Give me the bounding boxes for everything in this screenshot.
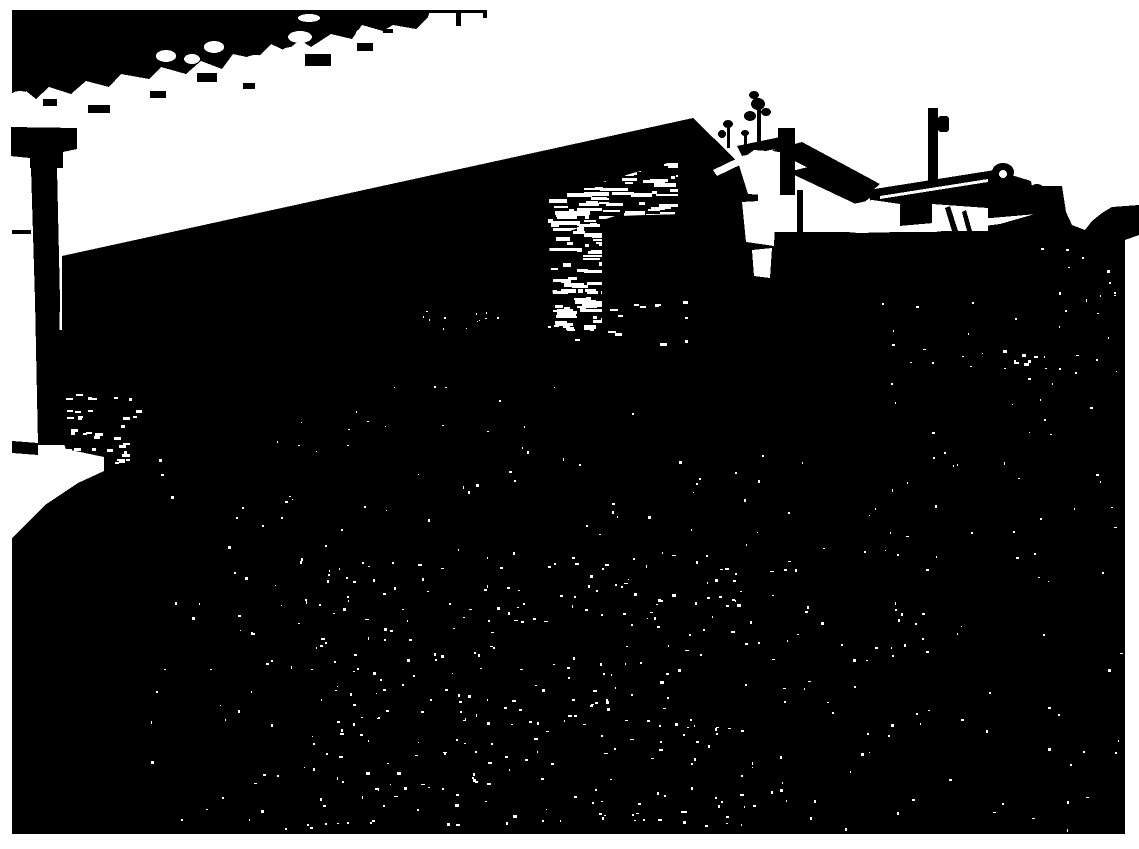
speck (1059, 292, 1061, 295)
speck (614, 748, 616, 750)
speck (687, 727, 689, 728)
speck (780, 756, 782, 759)
speck (660, 343, 667, 346)
speck (841, 644, 843, 646)
speck (1014, 360, 1016, 362)
speck (993, 812, 996, 813)
speck (1018, 478, 1020, 479)
speck (171, 496, 174, 499)
speck (383, 805, 385, 807)
speck (770, 571, 774, 572)
speck (784, 701, 786, 703)
speck (678, 669, 681, 672)
speck (582, 304, 602, 307)
speck (708, 745, 710, 748)
speck (658, 304, 661, 306)
speck (961, 719, 964, 721)
speck (588, 192, 609, 196)
speck (343, 608, 346, 611)
speck (445, 387, 447, 388)
speck (1068, 267, 1070, 268)
speck (119, 445, 126, 448)
speck (684, 811, 687, 813)
speck (752, 762, 753, 765)
speck (366, 772, 370, 775)
speck (1114, 295, 1116, 296)
speck (553, 664, 555, 665)
speck (372, 820, 375, 822)
speck (579, 203, 599, 206)
speck (298, 623, 300, 624)
speck (636, 813, 639, 814)
speck (133, 416, 137, 418)
speck (443, 328, 444, 330)
speck (1002, 803, 1004, 805)
speck (289, 496, 291, 497)
speck (647, 720, 650, 722)
speck (593, 690, 597, 692)
speck (384, 628, 387, 631)
speck (1013, 531, 1015, 533)
speck (342, 781, 344, 783)
speck (1014, 362, 1019, 364)
speck (737, 604, 741, 607)
speck (745, 684, 747, 686)
speck (65, 459, 70, 462)
speck (668, 645, 669, 647)
speck (1034, 553, 1036, 555)
speck (512, 700, 516, 702)
speck (882, 303, 884, 305)
speck (587, 291, 598, 294)
speck (493, 647, 495, 649)
speck (623, 613, 626, 615)
speck (772, 659, 775, 660)
speck (353, 671, 355, 672)
speck (434, 653, 436, 656)
speck (360, 734, 363, 736)
speck (567, 667, 570, 669)
speck (554, 325, 559, 327)
speck (164, 669, 166, 670)
speck (625, 720, 628, 721)
speck (1024, 363, 1029, 366)
speck (590, 705, 593, 707)
speck (75, 459, 82, 461)
speck (574, 596, 576, 598)
speck (1058, 714, 1060, 716)
speck (373, 672, 376, 675)
speck (891, 724, 894, 727)
speck (129, 398, 132, 401)
speck (926, 651, 929, 653)
photo-figure (0, 0, 1139, 849)
speck (654, 617, 656, 620)
speck (370, 822, 372, 824)
speck (716, 727, 719, 728)
speck (385, 426, 386, 427)
speck (298, 445, 300, 446)
speck (387, 763, 389, 764)
speck (560, 595, 563, 597)
speck (479, 320, 480, 321)
speck (522, 447, 523, 449)
speck (353, 723, 355, 726)
speck (901, 613, 903, 616)
speck (245, 577, 248, 580)
speck (124, 451, 127, 454)
speck (222, 797, 224, 799)
speck (957, 464, 958, 466)
speck (1074, 508, 1075, 510)
speck (281, 605, 282, 606)
speck (933, 457, 935, 459)
speck (685, 340, 688, 343)
speck (347, 822, 349, 824)
speck (485, 801, 487, 802)
speck (497, 607, 500, 610)
speck (555, 305, 563, 308)
speck (572, 557, 575, 559)
speck (527, 451, 529, 454)
speck (548, 566, 551, 568)
speck (568, 677, 570, 679)
speck (745, 643, 748, 645)
speck (402, 609, 404, 610)
speck (1097, 313, 1099, 314)
speck (507, 587, 510, 589)
speck (660, 741, 662, 743)
speck (716, 733, 718, 735)
speck (107, 449, 113, 452)
speck (305, 599, 307, 601)
speck (596, 310, 602, 312)
speck (567, 329, 575, 331)
speck (648, 516, 651, 519)
speck (354, 654, 357, 656)
speck (596, 590, 598, 592)
speck (514, 480, 516, 482)
speck (1044, 419, 1046, 421)
speck (234, 572, 236, 574)
speck (869, 752, 870, 753)
speck (572, 285, 581, 287)
speck (560, 820, 561, 822)
speck (468, 491, 470, 494)
speck (691, 763, 693, 765)
speck (480, 668, 482, 669)
speck (562, 313, 572, 316)
speck (402, 684, 404, 686)
speck (468, 695, 471, 698)
speck (447, 823, 450, 826)
speck (1082, 257, 1084, 259)
speck (251, 691, 252, 693)
speck (546, 731, 549, 732)
speck (362, 796, 363, 799)
speck (380, 679, 382, 681)
speck (423, 316, 424, 318)
speck (897, 812, 899, 815)
speck (740, 591, 742, 592)
speck (542, 689, 545, 692)
speck (266, 663, 269, 665)
speck (339, 568, 340, 570)
speck (95, 433, 103, 436)
speck (895, 402, 896, 404)
speck (741, 730, 744, 732)
speck (957, 633, 958, 635)
speck (65, 449, 72, 452)
speck (549, 199, 567, 203)
speck (651, 758, 654, 759)
speck (441, 568, 444, 569)
speck (590, 329, 594, 331)
speck (634, 593, 637, 596)
speck (892, 489, 893, 492)
speck (464, 743, 466, 744)
speck (348, 600, 349, 602)
speck (666, 673, 669, 675)
binarized-photo-canvas (0, 0, 1139, 849)
speck (323, 805, 326, 807)
speck (285, 828, 287, 830)
speck (606, 699, 608, 702)
speck (553, 310, 558, 312)
speck (499, 400, 501, 402)
speck (435, 659, 437, 661)
speck (199, 603, 200, 605)
speck (449, 603, 451, 605)
speck (321, 699, 322, 701)
speck (541, 778, 544, 780)
speck (650, 612, 653, 613)
speck (320, 798, 322, 801)
speck (907, 482, 908, 484)
speck (334, 661, 336, 663)
speck (638, 803, 641, 805)
speck (961, 626, 962, 627)
speck (487, 557, 488, 559)
speck (553, 221, 559, 225)
muffler-ring-hole (999, 170, 1007, 178)
speck (249, 819, 250, 821)
speck (1029, 432, 1030, 433)
speck (786, 800, 787, 802)
speck (524, 426, 525, 428)
speck (672, 594, 676, 597)
speck (415, 755, 418, 756)
speck (383, 689, 386, 691)
speck (271, 660, 273, 662)
speck (485, 318, 487, 319)
speck (1114, 527, 1117, 528)
speck (696, 561, 698, 564)
speck (560, 248, 579, 251)
speck (780, 789, 783, 792)
speck (660, 681, 664, 684)
speck (1066, 249, 1069, 251)
speck (916, 306, 919, 308)
speck (463, 486, 464, 489)
speck (418, 474, 419, 475)
speck (628, 579, 629, 580)
speck (292, 499, 293, 500)
speck (1034, 356, 1038, 358)
speck (542, 820, 544, 822)
speck (394, 587, 396, 590)
speck (615, 333, 622, 336)
speck (593, 316, 597, 319)
speck (1116, 371, 1117, 372)
speck (443, 752, 447, 753)
speck (1108, 669, 1111, 672)
speck (277, 441, 278, 443)
speck (240, 630, 241, 631)
speck (719, 596, 722, 598)
speck (304, 767, 305, 768)
speck (114, 437, 121, 440)
speck (376, 693, 377, 694)
speck (475, 781, 478, 783)
speck (740, 794, 744, 796)
speck (487, 585, 488, 588)
speck (1108, 337, 1109, 339)
speck (926, 569, 929, 571)
speck (475, 751, 477, 753)
speck (75, 411, 81, 413)
speck (823, 548, 825, 549)
speck (469, 609, 472, 610)
speck (631, 694, 633, 696)
speck (579, 464, 581, 466)
speck (313, 743, 315, 745)
speck (1016, 557, 1019, 559)
speck (861, 753, 864, 756)
speck (735, 573, 737, 575)
speck (553, 279, 571, 282)
speck (782, 782, 783, 784)
speck (679, 461, 682, 464)
speck (123, 443, 130, 445)
speck (568, 715, 572, 717)
speck (1076, 355, 1079, 356)
speck (949, 779, 952, 781)
speck (337, 721, 340, 723)
speck (866, 660, 868, 661)
speck (156, 691, 158, 693)
speck (895, 602, 896, 605)
speck (572, 699, 575, 701)
speck (463, 720, 466, 721)
speck (348, 429, 350, 430)
speck (340, 733, 344, 735)
speck (656, 604, 658, 605)
speck (458, 549, 459, 551)
speck (428, 519, 430, 522)
speck (1040, 518, 1042, 520)
speck (672, 555, 676, 556)
speck (394, 387, 395, 388)
speck (706, 555, 708, 557)
speck (932, 362, 934, 364)
speck (732, 599, 735, 601)
speck (487, 783, 491, 785)
speck (441, 655, 444, 658)
speck (694, 758, 696, 761)
speck (721, 801, 723, 803)
speck (696, 483, 698, 485)
speck (664, 795, 666, 797)
speck (725, 568, 729, 570)
speck (92, 448, 96, 451)
speck (559, 221, 580, 225)
speck (329, 570, 330, 572)
speck (599, 534, 601, 535)
speck (685, 650, 689, 651)
speck (444, 317, 446, 319)
speck (263, 774, 266, 776)
speck (368, 637, 369, 640)
speck (548, 248, 562, 251)
speck (586, 525, 588, 527)
speck (683, 734, 685, 736)
speck (472, 777, 474, 779)
speck (657, 792, 659, 795)
speck (347, 445, 349, 446)
speck (625, 211, 645, 213)
speck (733, 580, 736, 582)
speck (554, 387, 555, 388)
post-foot (12, 441, 38, 455)
speck (671, 176, 675, 179)
speck (357, 668, 359, 670)
speck (827, 702, 829, 703)
speck (1102, 572, 1104, 574)
speck (421, 711, 424, 713)
speck (700, 654, 702, 656)
speck (1120, 653, 1123, 654)
speck (477, 321, 478, 322)
speck (136, 410, 142, 413)
speck (1109, 282, 1111, 284)
speck (364, 506, 366, 508)
speck (646, 565, 647, 568)
speck (1050, 434, 1052, 435)
speck (715, 797, 717, 799)
speck (291, 666, 292, 669)
speck (390, 630, 393, 632)
speck (691, 529, 692, 531)
speck (802, 462, 803, 464)
speck (575, 563, 579, 565)
speck (771, 791, 773, 794)
speck (487, 722, 490, 725)
speck (707, 597, 710, 599)
speck (225, 719, 226, 721)
speck (506, 822, 508, 825)
rail-line (12, 230, 31, 234)
speck (442, 425, 444, 426)
speck (488, 620, 490, 622)
loader-leg (797, 190, 803, 234)
speck (592, 802, 594, 804)
speck (333, 613, 335, 614)
speck (895, 609, 897, 611)
speck (591, 197, 607, 200)
speck (854, 686, 856, 688)
speck (1086, 299, 1087, 302)
